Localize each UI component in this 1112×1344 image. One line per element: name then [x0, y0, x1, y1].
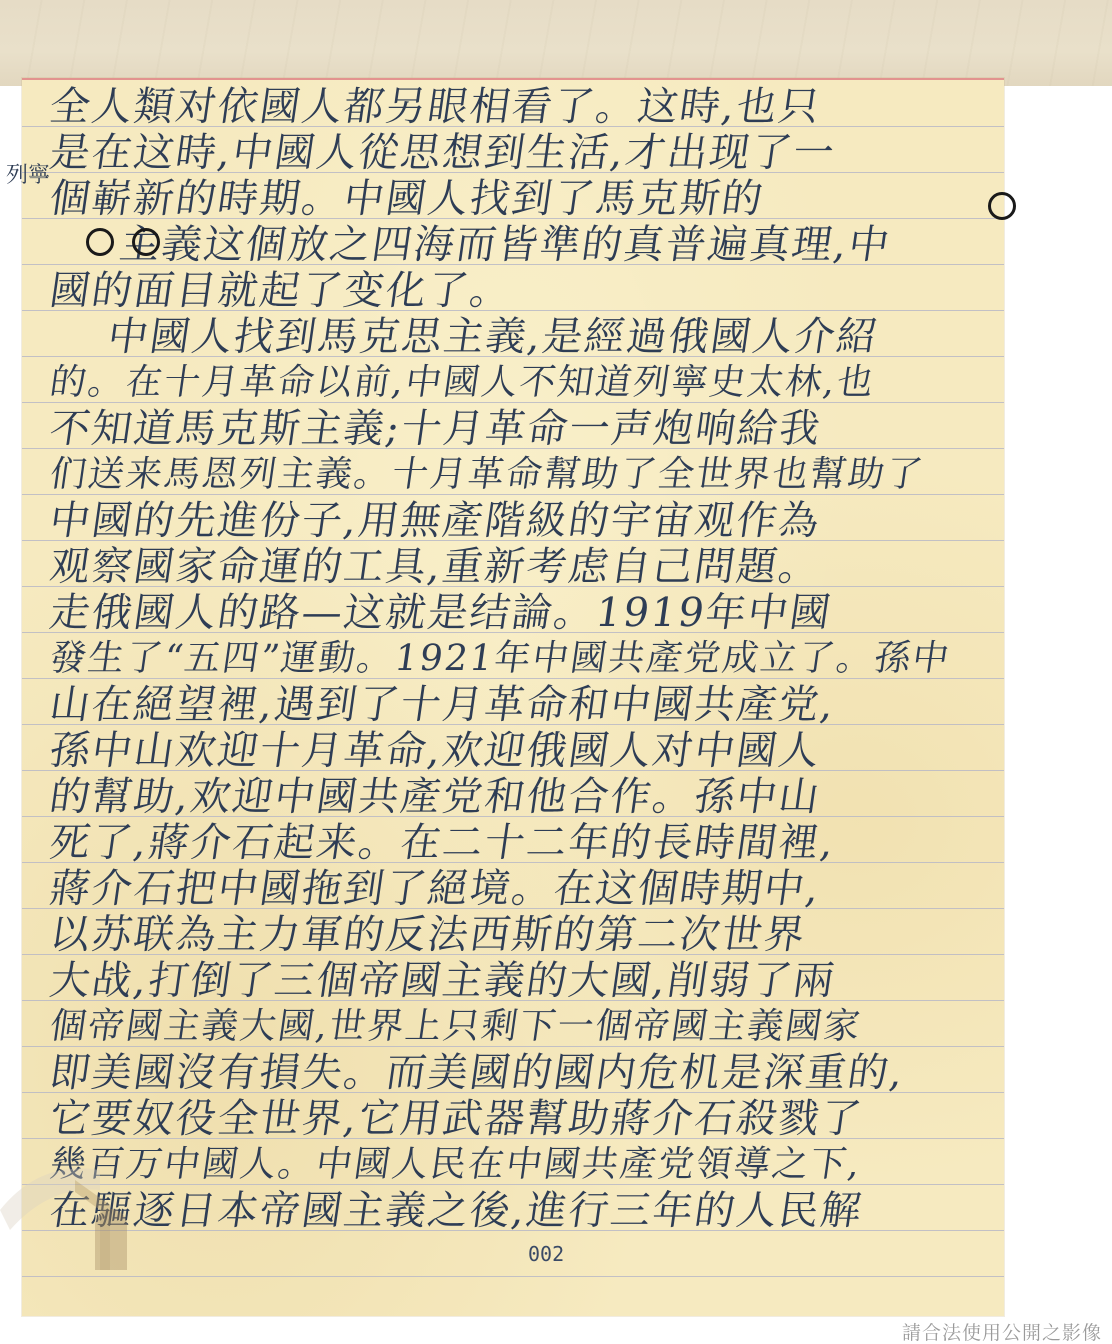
text-line: 國的面目就起了变化了。 — [47, 268, 515, 314]
text-line: 孫中山欢迎十月革命,欢迎俄國人对中國人 — [47, 728, 824, 774]
text-line: 是在这時,中國人從思想到生活,才出现了一 — [47, 130, 839, 176]
red-margin-rule — [22, 78, 1004, 80]
text-line: 不知道馬克斯主義;十月革命一声炮响給我 — [47, 406, 825, 452]
text-line: 死了,蔣介石起来。在二十二年的長時間裡, — [47, 820, 839, 866]
text-line: 们送来馬恩列主義。十月革命幫助了全世界也幫助了 — [47, 452, 927, 498]
text-line: 的。在十月革命以前,中國人不知道列寧史太林,也 — [47, 360, 878, 406]
text-line: 蔣介石把中國拖到了絕境。在这個時期中, — [47, 866, 824, 912]
text-line: 大战,打倒了三個帝國主義的大國,削弱了兩 — [47, 958, 839, 1004]
text-line: 個嶄新的時期。中國人找到了馬克斯的 — [47, 176, 767, 222]
text-line: 它要奴役全世界,它用武器幫助蔣介石殺戮了 — [47, 1096, 866, 1142]
text-line: 發生了“五四”運動。1921年中國共產党成立了。孫中 — [47, 636, 954, 682]
circle-mark-icon — [86, 228, 114, 256]
text-line-paragraph-start: 中國人找到馬克思主義,是經過俄國人介紹 — [105, 314, 882, 360]
ruled-line — [22, 1276, 1004, 1277]
archive-stamp-icon — [0, 1150, 150, 1270]
margin-annotation: 列寧 — [6, 158, 50, 189]
text-line: 個帝國主義大國,世界上只剩下一個帝國主義國家 — [47, 1004, 865, 1050]
text-line: 观察國家命運的工具,重新考虑自己問題。 — [47, 544, 824, 590]
text-line: 全人類对依國人都另眼相看了。这時,也只 — [47, 84, 824, 130]
text-line: 即美國沒有損失。而美國的國内危机是深重的, — [47, 1050, 908, 1096]
circle-mark-icon — [132, 228, 160, 256]
text-line: 走俄國人的路—这就是结論。1919年中國 — [47, 590, 835, 636]
text-line: 的幫助,欢迎中國共產党和他合作。孫中山 — [47, 774, 824, 820]
paper-texture — [0, 0, 1112, 86]
text-line: 幾百万中國人。中國人民在中國共產党領導之下, — [47, 1142, 865, 1188]
text-line: 在驅逐日本帝國主義之後,進行三年的人民解 — [47, 1188, 866, 1234]
usage-watermark: 請合法使用公開之影像 — [902, 1318, 1102, 1344]
text-line: 中國的先進份子,用無產階級的宇宙观作為 — [47, 498, 824, 544]
circle-mark-icon — [988, 192, 1016, 220]
page-number: 002 — [528, 1242, 564, 1266]
text-line: 以苏联為主力軍的反法西斯的第二次世界 — [47, 912, 809, 958]
text-line: 主義这個放之四海而皆準的真普遍真理,中 — [117, 222, 894, 268]
text-line: 山在絕望裡,遇到了十月革命和中國共產党, — [47, 682, 839, 728]
underlying-paper-sheet — [0, 0, 1112, 86]
